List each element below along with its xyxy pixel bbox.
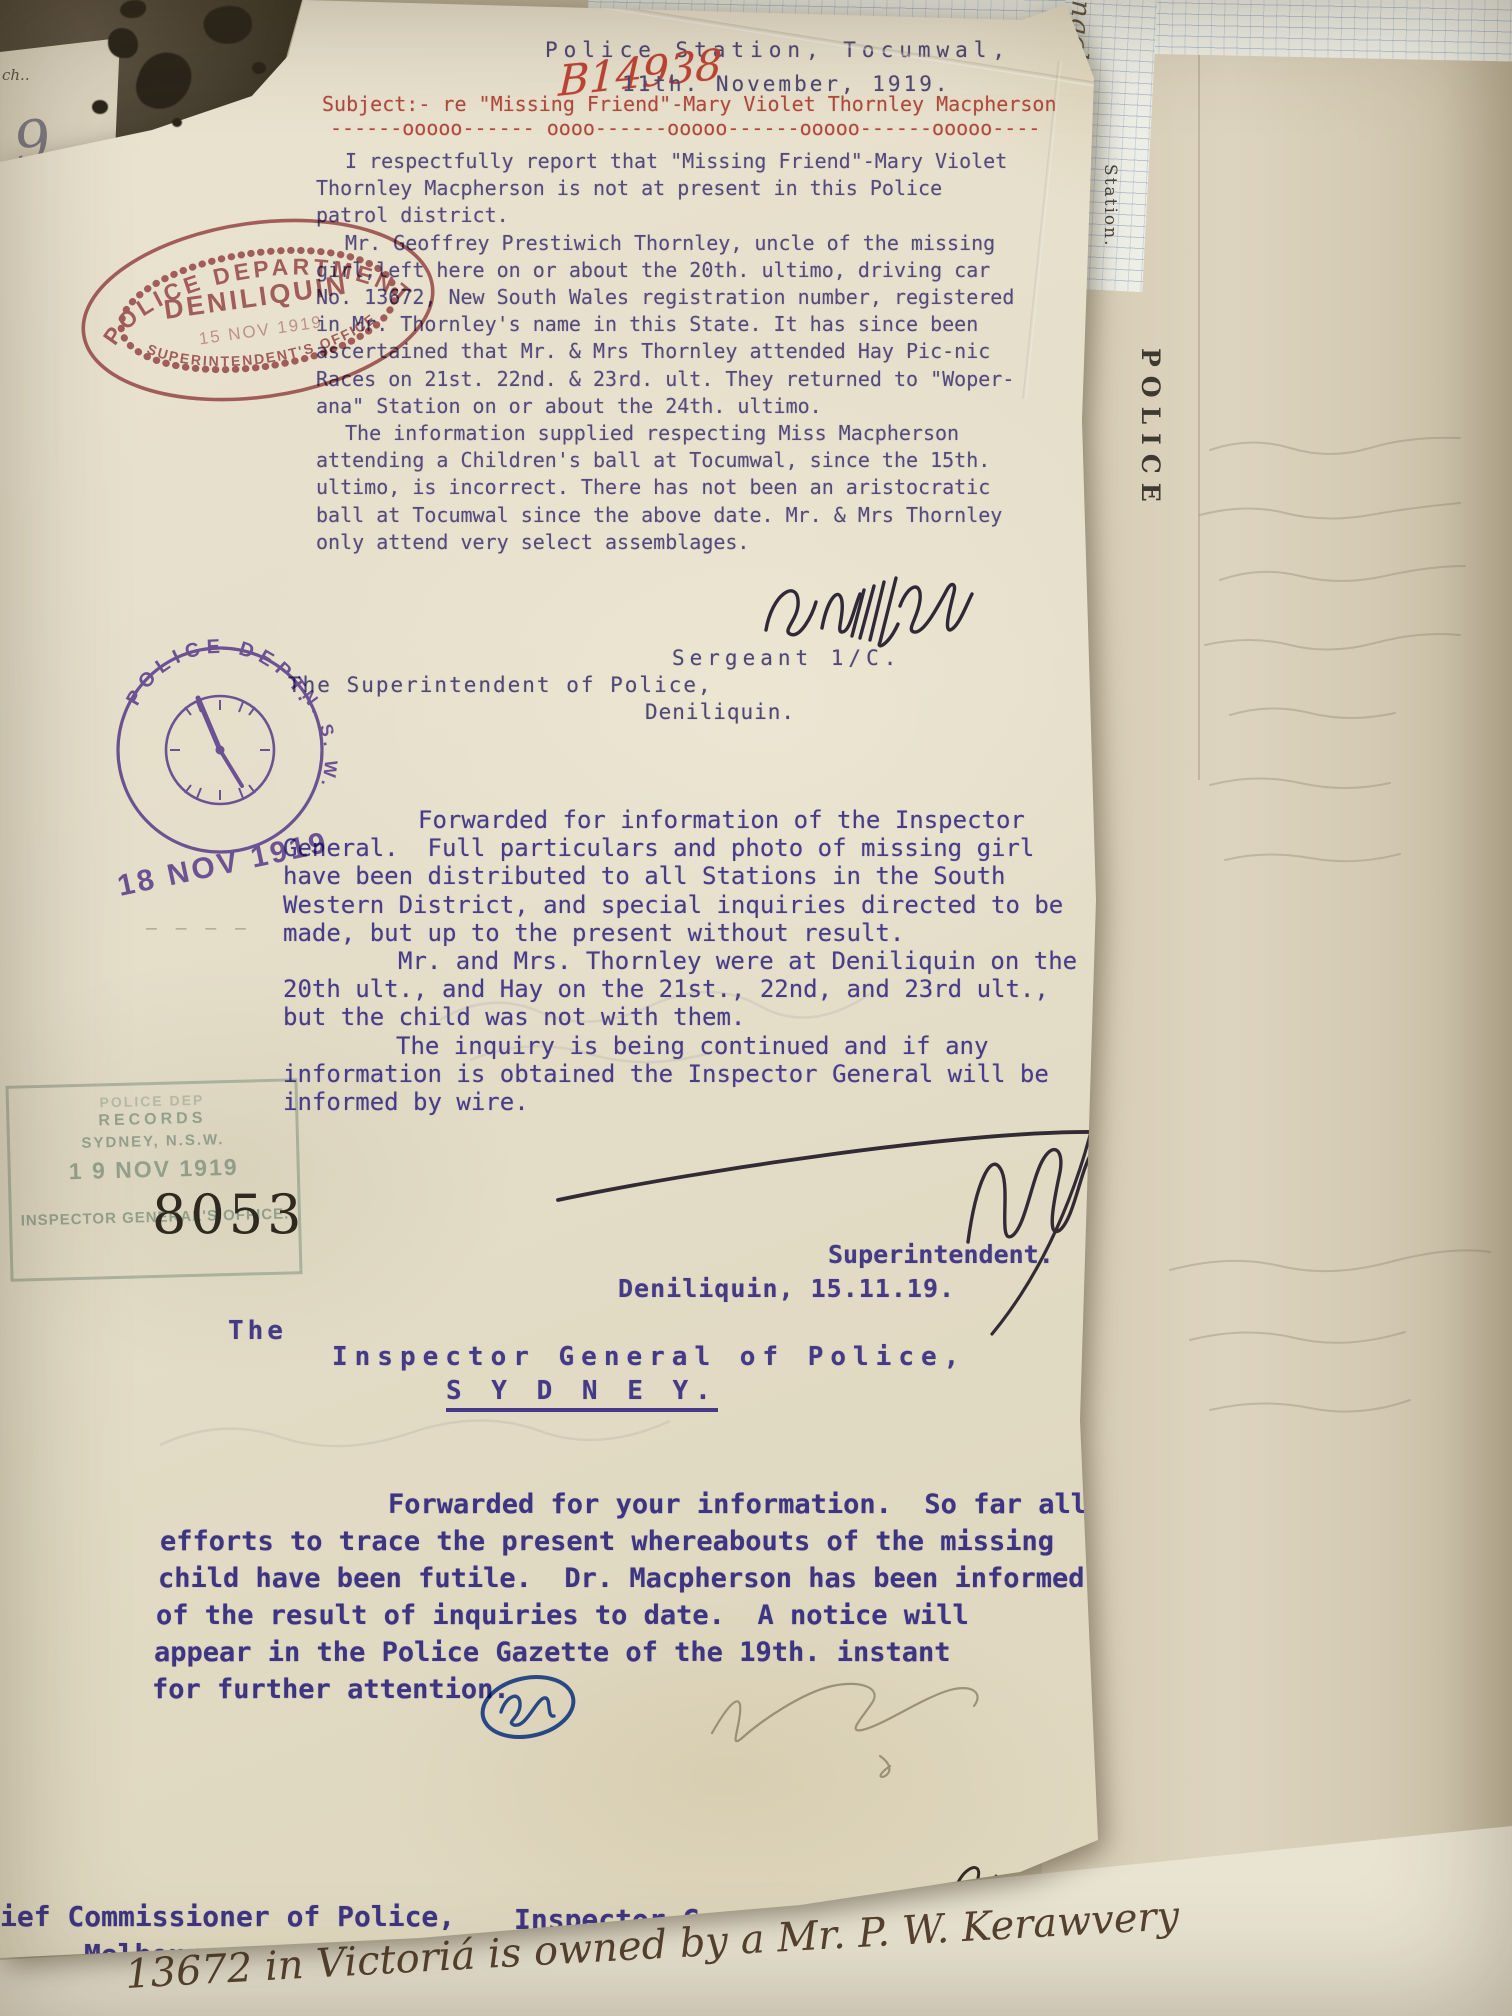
letter-sheet: Police Station, Tocumwal, 30073 B14938 1… (0, 0, 1512, 2016)
forward-line: child have been futile. Dr. Macpherson h… (158, 1560, 1087, 1597)
sergeant-signature (752, 546, 982, 654)
report-line: I respectfully report that "Missing Frie… (316, 148, 1014, 175)
report-line: The information supplied respecting Miss… (316, 420, 1014, 447)
clock-stamp-date: 18 NOV 1919 (115, 826, 332, 903)
report-line: ball at Tocumwal since the above date. M… (316, 502, 1014, 529)
clock-stamp-arc-top: POLICE DEPT. (122, 638, 318, 709)
addressee-line: The Superintendent of Police, (288, 673, 713, 697)
footer-left-line: Melbourne. (84, 1938, 253, 1971)
report-line: ana" Station on or about the 24th. ultim… (316, 393, 1014, 420)
records-stamp-date: 1 9 NOV 1919 (10, 1152, 297, 1186)
report-line: ultimo, is incorrect. There has not been… (316, 474, 1014, 501)
letter-sheet-surface: Police Station, Tocumwal, 30073 B14938 1… (0, 0, 1512, 2016)
addressee-line: Deniliquin. (645, 700, 795, 724)
addressee2-the: The (228, 1316, 287, 1346)
subject-line: Subject:- re "Missing Friend"-Mary Viole… (322, 92, 1057, 116)
forward-line: Forwarded for your information. So far a… (388, 1486, 1087, 1523)
pencil-dash-note: – — – — (146, 918, 250, 939)
forward-line: efforts to trace the present whereabouts… (160, 1523, 1087, 1560)
ink-blot (92, 100, 108, 114)
ghost-handwriting (430, 960, 990, 1080)
nsw-police-date-stamp: POLICE DEPT. N. S. W. 18 NOV 1919 (102, 638, 338, 910)
forward-line: General. Full particulars and photo of m… (283, 834, 1077, 862)
circled-initials-blue (476, 1668, 580, 1746)
forward-line: made, but up to the present without resu… (283, 919, 1077, 947)
ink-scrawl (938, 1848, 1008, 1918)
ink-blot (108, 28, 138, 58)
file-number: 30073 (1108, 34, 1213, 69)
forward-line: Forwarded for information of the Inspect… (418, 806, 1077, 834)
records-office-stamp: POLICE DEP RECORDS SYDNEY, N.S.W. 1 9 NO… (5, 1078, 302, 1282)
forward-line: Western District, and special inquiries … (283, 891, 1077, 919)
footer-right-line: Inspector-General of Police, (514, 1903, 986, 1936)
ghost-handwriting (150, 1390, 850, 1490)
report-line: attending a Children's ball at Tocumwal,… (316, 447, 1014, 474)
document-photo: ch.. 9 ngalgar Station. POLICE 13672 in … (0, 0, 1512, 2016)
footer-right-line: 18th. November, 1919. (552, 1940, 906, 1973)
footer-left-line: ief Commissioner of Police, (0, 1900, 455, 1933)
superintendent-signature (540, 1072, 1140, 1352)
records-stamp-city: SYDNEY, N.S.W. (10, 1129, 296, 1153)
forward-line: of the result of inquiries to date. A no… (156, 1597, 1087, 1634)
ink-blot (252, 62, 266, 74)
svg-text:POLICE DEPT.: POLICE DEPT. (122, 638, 318, 709)
registry-number: 8053 (152, 1183, 305, 1246)
subject-divider: ------ooooo------ oooo------ooooo------o… (330, 116, 1040, 140)
forward-line: have been distributed to all Stations in… (283, 862, 1077, 890)
pencil-signature (682, 1638, 1018, 1788)
ink-blot (172, 118, 182, 127)
